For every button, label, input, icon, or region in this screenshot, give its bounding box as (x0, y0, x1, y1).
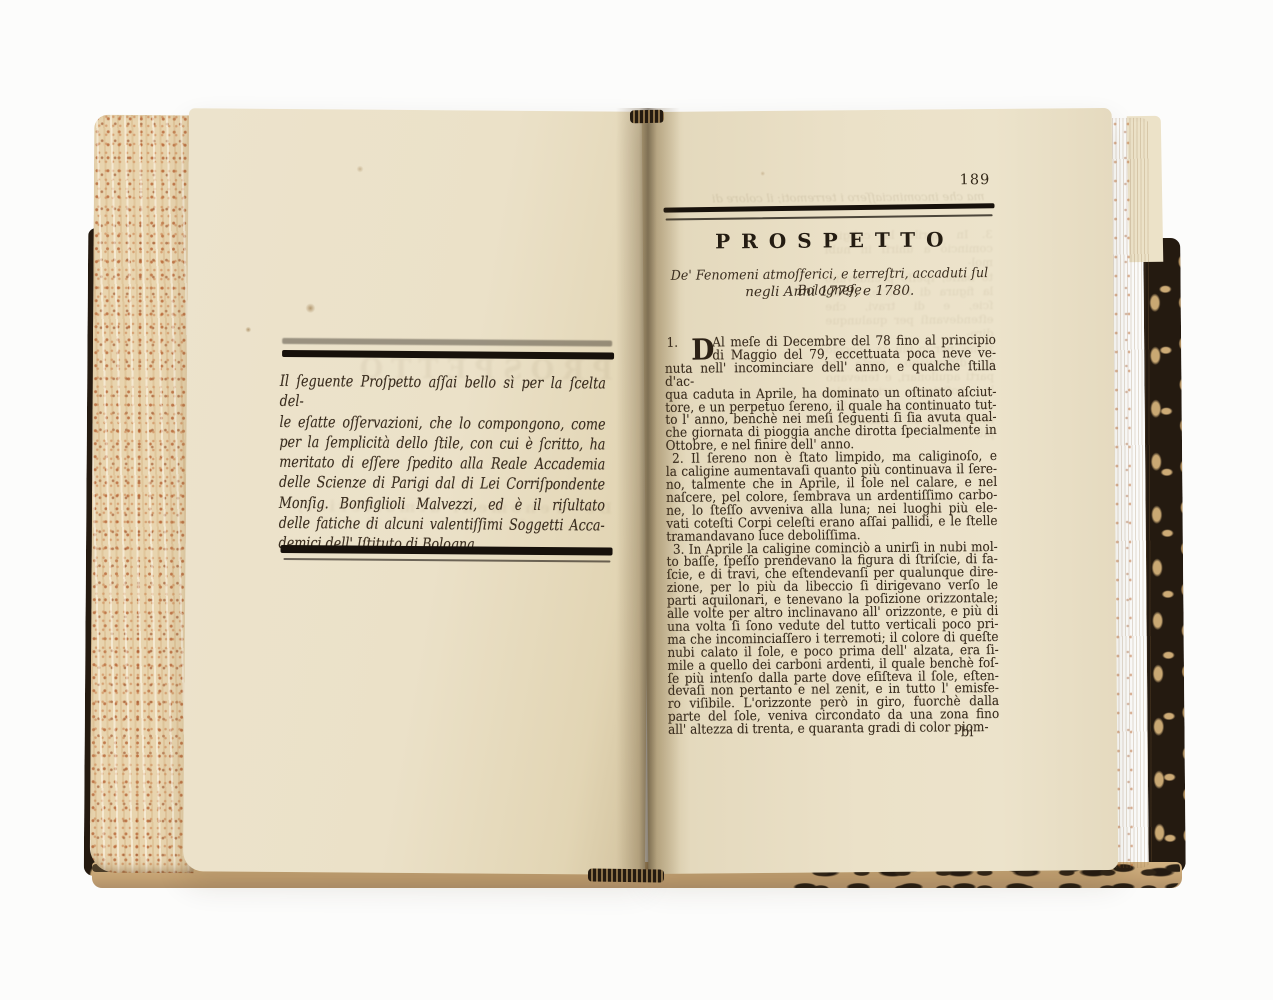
page-number: 189 (942, 172, 990, 188)
printed-rule-faint-top (282, 338, 612, 347)
paragraph-2: 2. Il ſereno non è ſtato limpido, ma cal… (666, 451, 998, 544)
paragraph-number: 1. (666, 338, 678, 351)
catchword: bi (935, 725, 999, 741)
printed-rule-top (282, 350, 614, 360)
foxing-spot (245, 327, 251, 333)
tailband (588, 868, 664, 882)
text-line: Monſig. Bonfiglioli Malvezzi, ed è il ri… (279, 493, 605, 516)
text-line: meritato di eſſere ſpedito alla Reale Ac… (279, 452, 605, 475)
text-line: Il ſeguente Proſpetto aſſai bello sì per… (280, 371, 606, 414)
header-rule-thick (664, 203, 995, 212)
editorial-note: Il ſeguente Proſpetto aſſai bello sì per… (279, 371, 606, 556)
right-page: 189 ma che incominciaſſero i terremoti; … (642, 108, 1119, 874)
section-title: PROSPETTO (664, 227, 995, 254)
text-line: delle Scienze di Parigi dal di Lei Corri… (279, 472, 605, 495)
body-text: 1. D Al meſe di Decembre del 78 fino al … (665, 335, 1000, 738)
foxing-spot (305, 303, 315, 313)
drop-cap-initial: D (691, 335, 714, 364)
photo-of-open-book: PROSPETTO De' Fenomeni atmoſferici, e te… (0, 0, 1273, 1000)
sprinkled-fore-edge (90, 115, 199, 874)
printed-rule-bottom-thin (283, 558, 610, 563)
text-line: per la ſemplicità dello ſtile, con cui è… (279, 432, 605, 455)
paragraph-1: 1. D Al meſe di Decembre del 78 fino al … (665, 335, 997, 454)
text-line: delle fatiche di alcuni valentiſſimi Sog… (279, 513, 605, 536)
paragraph-3: 3. In Aprile la caligine cominciò a unir… (666, 541, 999, 737)
headband (630, 110, 664, 124)
section-subtitle-line2: negli Anni 1779, e 1780. (664, 282, 995, 301)
header-rule-thin (666, 214, 993, 220)
text-line: le eſatte oſſervazioni, che lo compongon… (279, 412, 605, 435)
left-page: PROSPETTO De' Fenomeni atmoſferici, e te… (183, 108, 651, 875)
foxing-spot (760, 171, 765, 176)
foxing-spot (357, 166, 364, 173)
